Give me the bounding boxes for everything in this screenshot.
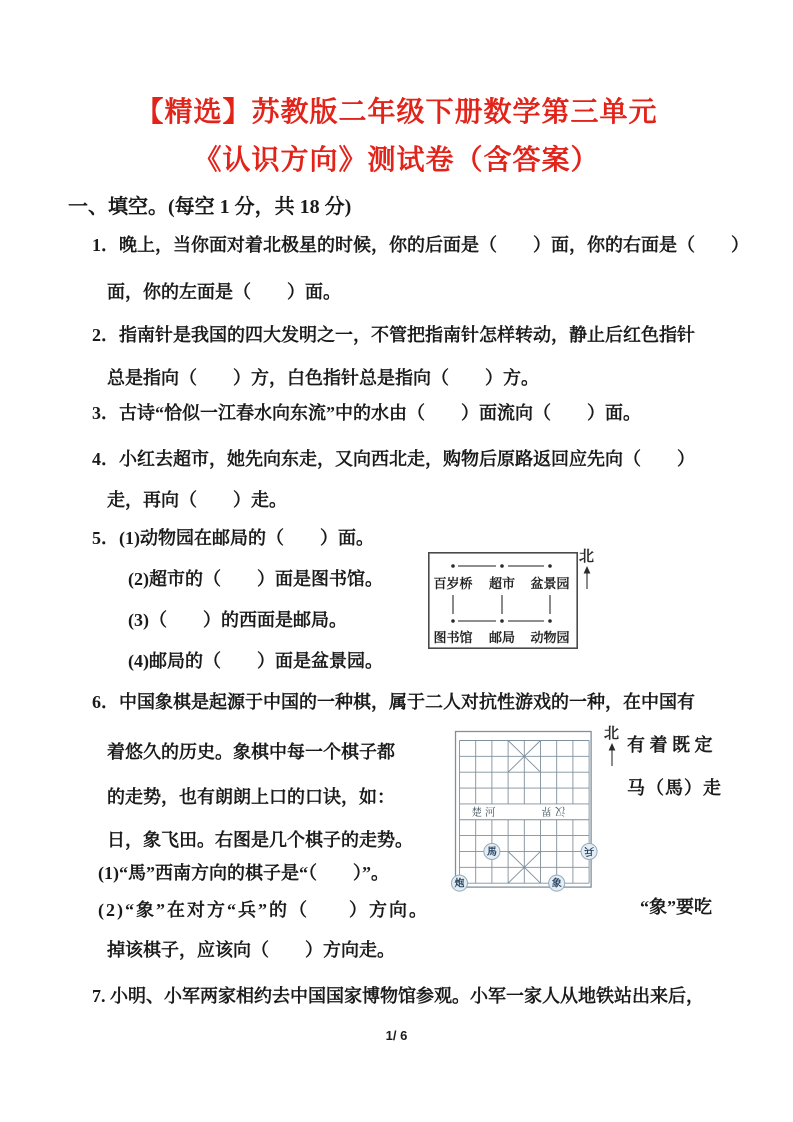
section-1-heading: 一、填空。(每空 1 分，共 18 分) bbox=[68, 196, 351, 219]
document-page: 【精选】苏教版二年级下册数学第三单元 《认识方向》测试卷（含答案） 一、填空。(… bbox=[0, 0, 793, 1122]
question-5-item-3: (3)（ ）的西面是邮局。 bbox=[128, 609, 347, 632]
question-6-item-2-left: (2)“象”在对方“兵”的（ ）方向。 bbox=[98, 899, 429, 922]
map-label-supermarket: 超市 bbox=[489, 576, 515, 591]
xiangqi-board-diagram: 楚河 汉界 馬兵炮象 bbox=[446, 726, 602, 892]
chess-piece-label: 象 bbox=[552, 877, 562, 890]
map-label-baisuiqiao: 百岁桥 bbox=[433, 576, 472, 591]
north-arrow-icon bbox=[607, 743, 617, 766]
question-5-item-1: 5．(1)动物园在邮局的（ ）面。 bbox=[92, 527, 374, 550]
question-6-line-7: 掉该棋子，应该向（ ）方向走。 bbox=[107, 939, 395, 962]
map-label-post-office: 邮局 bbox=[489, 630, 515, 645]
question-6-item-2-right: “象”要吃 bbox=[640, 896, 712, 919]
question-7-line-1: 7. 小明、小军两家相约去中国国家博物馆参观。小军一家人从地铁站出来后， bbox=[92, 985, 704, 1008]
question-1-line-2: 面，你的左面是（ ）面。 bbox=[107, 281, 341, 304]
question-2-line-1: 2．指南针是我国的四大发明之一，不管把指南针怎样转动，静止后红色指针 bbox=[92, 324, 695, 347]
page-title-line-2: 《认识方向》测试卷（含答案） bbox=[0, 138, 793, 178]
question-6-line-1: 6．中国象棋是起源于中国的一种棋，属于二人对抗性游戏的一种，在中国有 bbox=[92, 691, 695, 714]
question-1-line-1: 1．晚上，当你面对着北极星的时候，你的后面是（ ）面，你的右面是（ ） bbox=[92, 234, 749, 257]
map-north-label: 北 bbox=[579, 549, 594, 565]
question-5-item-4: (4)邮局的（ ）面是盆景园。 bbox=[128, 650, 383, 673]
chess-piece-label: 兵 bbox=[584, 845, 594, 858]
question-3-line-1: 3．古诗“恰似一江春水向东流”中的水由（ ）面流向（ ）面。 bbox=[92, 402, 641, 425]
page-title-line-1: 【精选】苏教版二年级下册数学第三单元 bbox=[0, 90, 793, 130]
question-6-item-1: (1)“馬”西南方向的棋子是“（ ）”。 bbox=[98, 862, 389, 885]
map-label-bonsai-garden: 盆景园 bbox=[530, 576, 569, 591]
north-arrow-icon bbox=[582, 566, 592, 589]
page-number: 1/ 6 bbox=[0, 1028, 793, 1043]
question-6-line-3-left: 的走势，也有朗朗上口的口诀，如： bbox=[107, 786, 395, 809]
river-text-hanjie: 汉界 bbox=[539, 805, 566, 817]
chess-piece-label: 炮 bbox=[454, 877, 465, 890]
question-6-line-2-right: 有 着 既 定 bbox=[627, 734, 713, 757]
question-4-line-2: 走，再向（ ）走。 bbox=[107, 489, 287, 512]
question-5-item-2: (2)超市的（ ）面是图书馆。 bbox=[128, 568, 383, 591]
chess-piece-label: 馬 bbox=[487, 845, 497, 858]
map-label-zoo: 动物园 bbox=[530, 630, 569, 645]
location-map-diagram: 百岁桥 超市 盆景园 图书馆 邮局 动物园 bbox=[428, 552, 578, 649]
question-4-line-1: 4．小红去超市，她先向东走，又向西北走，购物后原路返回应先向（ ） bbox=[92, 448, 695, 471]
map-label-library: 图书馆 bbox=[433, 630, 472, 645]
board-north-indicator: 北 bbox=[604, 726, 619, 766]
question-6-line-4-left: 日，象飞田。右图是几个棋子的走势。 bbox=[107, 829, 413, 852]
map-north-indicator: 北 bbox=[579, 549, 594, 589]
question-6-line-2-left: 着悠久的历史。象棋中每一个棋子都 bbox=[107, 741, 395, 764]
question-2-line-2: 总是指向（ ）方，白色指针总是指向（ ）方。 bbox=[107, 367, 539, 390]
question-6-line-3-right: 马（馬）走 bbox=[627, 777, 722, 800]
river-text-chuhe: 楚河 bbox=[472, 806, 499, 819]
board-north-label: 北 bbox=[604, 726, 619, 742]
